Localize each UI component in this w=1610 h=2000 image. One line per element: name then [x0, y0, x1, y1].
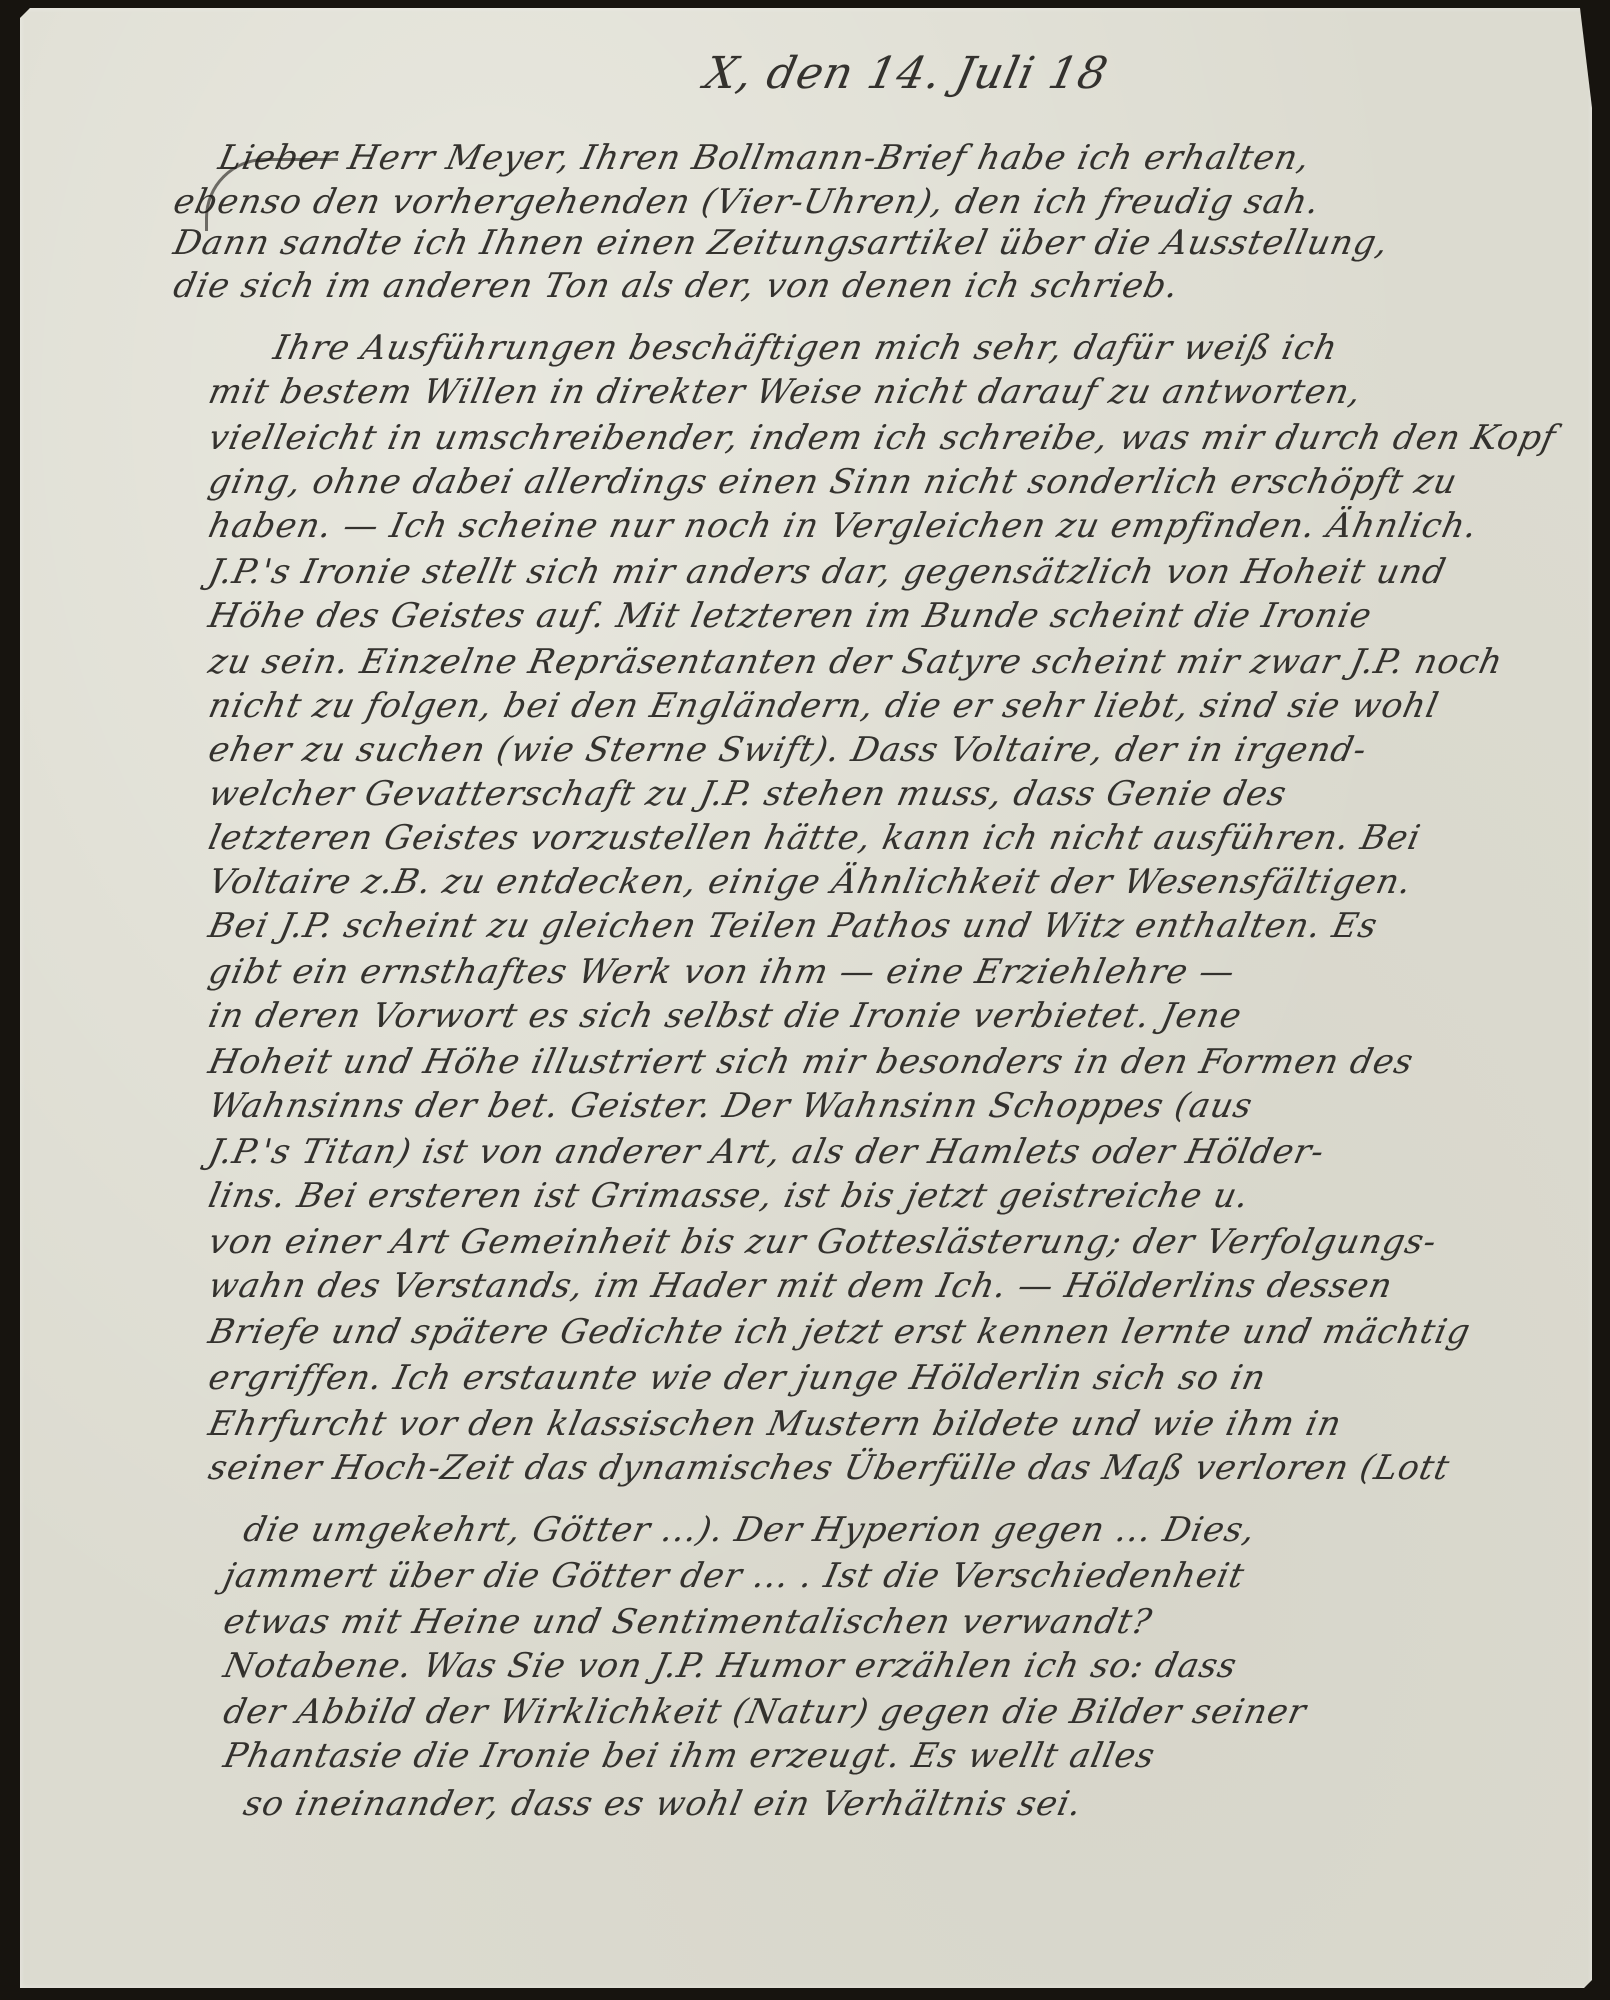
letter-page: X, den 14. Juli 18 Lieber Herr Meyer, Ih… [20, 8, 1592, 1988]
letter-line: nicht zu folgen, bei den Engländern, die… [205, 686, 1443, 726]
letter-line: Dann sandte ich Ihnen einen Zeitungsarti… [170, 223, 1392, 263]
letter-line: Lieber Herr Meyer, Ihren Bollmann-Brief … [215, 138, 1314, 178]
letter-line: so ineinander, dass es wohl ein Verhältn… [240, 1784, 1086, 1824]
letter-line: vielleicht in umschreibender, indem ich … [205, 418, 1560, 458]
letter-line: ging, ohne dabei allerdings einen Sinn n… [205, 462, 1461, 502]
letter-line: Briefe und spätere Gedichte ich jetzt er… [205, 1312, 1474, 1352]
letter-line: Ehrfurcht vor den klassischen Mustern bi… [205, 1404, 1345, 1444]
letter-line: Wahnsinns der bet. Geister. Der Wahnsinn… [205, 1086, 1256, 1126]
letter-line: die sich im anderen Ton als der, von den… [170, 266, 1183, 306]
letter-line: haben. — Ich scheine nur noch in Verglei… [205, 506, 1481, 546]
letter-line: von einer Art Gemeinheit bis zur Gottesl… [205, 1222, 1441, 1262]
letter-line: Bei J.P. scheint zu gleichen Teilen Path… [205, 906, 1381, 946]
letter-line: Notabene. Was Sie von J.P. Humor erzähle… [220, 1646, 1241, 1686]
letter-line: gibt ein ernsthaftes Werk von ihm — eine… [205, 952, 1239, 992]
letter-line: in deren Vorwort es sich selbst die Iron… [205, 996, 1246, 1036]
letter-line: Hoheit und Höhe illustriert sich mir bes… [205, 1042, 1417, 1082]
letter-line: ergriffen. Ich erstaunte wie der junge H… [205, 1358, 1270, 1398]
letter-line: lins. Bei ersteren ist Grimasse, ist bis… [205, 1176, 1253, 1216]
letter-line: wahn des Verstands, im Hader mit dem Ich… [205, 1266, 1396, 1306]
letter-line: jammert über die Götter der ... . Ist di… [220, 1556, 1248, 1596]
letter-line: etwas mit Heine und Sentimentalischen ve… [220, 1602, 1156, 1642]
letter-line: seiner Hoch-Zeit das dynamisches Überfül… [205, 1448, 1453, 1488]
place-mark: X, [700, 48, 758, 99]
letter-date: X, den 14. Juli 18 [700, 48, 1113, 99]
letter-line: eher zu suchen (wie Sterne Swift). Dass … [205, 730, 1371, 770]
letter-line: mit bestem Willen in direkter Weise nich… [205, 372, 1365, 412]
letter-line: zu sein. Einzelne Repräsentanten der Sat… [205, 642, 1507, 682]
letter-line: die umgekehrt, Götter ...). Der Hyperion… [240, 1510, 1259, 1550]
letter-line: letzteren Geistes vorzustellen hätte, ka… [205, 818, 1425, 858]
letter-line: J.P.'s Titan) ist von anderer Art, als d… [205, 1132, 1328, 1172]
letter-line: welcher Gevatterschaft zu J.P. stehen mu… [205, 774, 1291, 814]
letter-line: J.P.'s Ironie stellt sich mir anders dar… [205, 552, 1450, 592]
letter-line: ebenso den vorhergehenden (Vier-Uhren), … [170, 182, 1324, 222]
date-text: den 14. Juli 18 [762, 48, 1112, 99]
letter-line: Höhe des Geistes auf. Mit letzteren im B… [205, 596, 1376, 636]
letter-line: Ihre Ausführungen beschäftigen mich sehr… [270, 328, 1342, 368]
letter-line: Voltaire z.B. zu entdecken, einige Ähnli… [205, 862, 1416, 902]
letter-line: Phantasie die Ironie bei ihm erzeugt. Es… [220, 1736, 1159, 1776]
letter-line: der Abbild der Wirklichkeit (Natur) gege… [220, 1692, 1310, 1732]
